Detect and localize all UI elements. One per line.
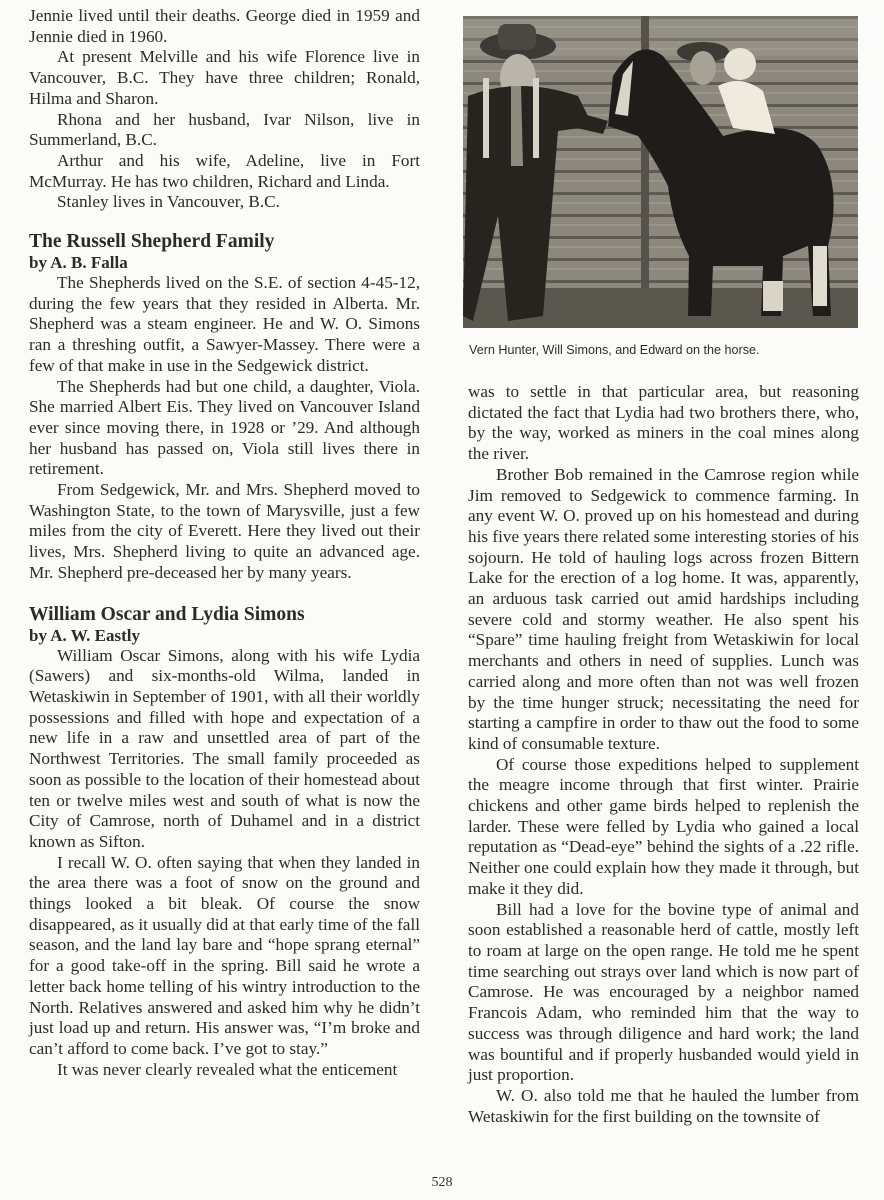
section-gap — [29, 213, 420, 231]
section-gap — [29, 584, 420, 604]
photo-caption: Vern Hunter, Will Simons, and Edward on … — [469, 343, 869, 357]
paragraph: Bill had a love for the bovine type of a… — [468, 900, 859, 1086]
paragraph: Brother Bob remained in the Camrose regi… — [468, 465, 859, 755]
paragraph: W. O. also told me that he hauled the lu… — [468, 1086, 859, 1127]
section-title-simons: William Oscar and Lydia Simons — [29, 604, 420, 626]
paragraph: Stanley lives in Vancouver, B.C. — [29, 192, 420, 213]
paragraph: I recall W. O. often saying that when th… — [29, 853, 420, 1060]
paragraph: William Oscar Simons, along with his wif… — [29, 646, 420, 853]
paragraph: It was never clearly revealed what the e… — [29, 1060, 420, 1081]
page-number: 528 — [0, 1175, 884, 1191]
byline-shepherd: by A. B. Falla — [29, 253, 420, 273]
paragraph: The Shepherds had but one child, a daugh… — [29, 377, 420, 481]
paragraph: Of course those expeditions helped to su… — [468, 755, 859, 900]
section-title-shepherd: The Russell Shepherd Family — [29, 231, 420, 253]
byline-simons: by A. W. Eastly — [29, 626, 420, 646]
paragraph: At present Melville and his wife Florenc… — [29, 47, 420, 109]
right-column: was to settle in that particular area, b… — [468, 382, 859, 1127]
three-people-with-horse-photo-icon — [463, 16, 858, 328]
historical-photo — [463, 16, 858, 328]
paragraph: From Sedgewick, Mr. and Mrs. Shepherd mo… — [29, 480, 420, 584]
paragraph: Jennie lived until their deaths. George … — [29, 6, 420, 47]
paragraph: Arthur and his wife, Adeline, live in Fo… — [29, 151, 420, 192]
paragraph: The Shepherds lived on the S.E. of secti… — [29, 273, 420, 377]
paragraph: was to settle in that particular area, b… — [468, 382, 859, 465]
left-column: Jennie lived until their deaths. George … — [29, 6, 420, 1080]
paragraph: Rhona and her husband, Ivar Nilson, live… — [29, 110, 420, 151]
